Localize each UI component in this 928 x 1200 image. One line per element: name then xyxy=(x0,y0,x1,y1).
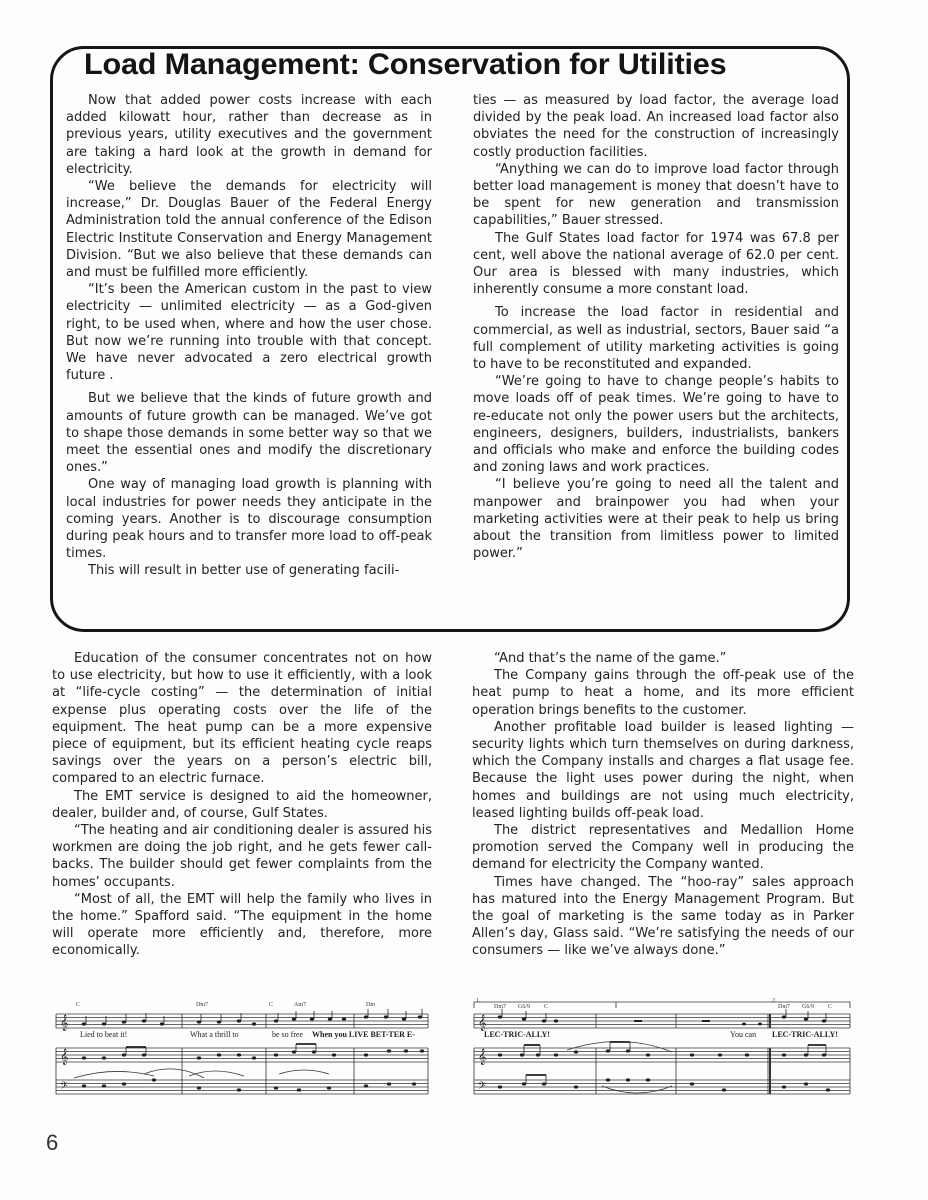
lyric: What a thrill to xyxy=(190,1030,239,1039)
paragraph: “Anything we can do to improve load fact… xyxy=(473,161,839,230)
paragraph: “I believe you’re going to need all the … xyxy=(473,476,839,562)
chord-symbol: C xyxy=(269,1002,273,1008)
paragraph: This will result in better use of genera… xyxy=(66,562,432,579)
svg-text:𝄢: 𝄢 xyxy=(60,1080,68,1094)
paragraph: “We believe the demands for electricity … xyxy=(66,178,432,281)
paragraph: “It’s been the American custom in the pa… xyxy=(66,281,432,384)
paragraph: Times have changed. The “hoo-ray” sales … xyxy=(472,874,854,960)
svg-text:𝄢: 𝄢 xyxy=(478,1080,486,1094)
chord-symbol: Am7 xyxy=(294,1002,306,1008)
paragraph: Education of the consumer concentrates n… xyxy=(52,650,432,788)
chord-symbol: C xyxy=(76,1002,80,1008)
ending-marker: 2. xyxy=(772,998,777,1004)
paragraph: The Company gains through the off-peak u… xyxy=(472,667,854,719)
paragraph: The Gulf States load factor for 1974 was… xyxy=(473,230,839,299)
paragraph: “Most of all, the EMT will help the fami… xyxy=(52,891,432,960)
sidebar-title: Load Management: Conservation for Utilit… xyxy=(84,48,859,82)
chord-symbol: Dm7 xyxy=(778,1004,790,1010)
chord-symbol: Dm7 xyxy=(494,1004,506,1010)
svg-text:𝄞: 𝄞 xyxy=(478,1049,486,1065)
chord-symbol: C xyxy=(544,1004,548,1010)
ending-marker: 1. xyxy=(476,998,481,1004)
lyric: You can xyxy=(730,1030,756,1039)
paragraph: ties — as measured by load factor, the a… xyxy=(473,92,839,161)
chord-symbol: Dm7 xyxy=(196,1002,208,1008)
music-staff-icon: 𝄞 𝄞 𝄢 xyxy=(472,1000,852,1100)
lyric: When you LIVE BET-TER E- xyxy=(312,1030,415,1039)
svg-text:𝄞: 𝄞 xyxy=(60,1015,68,1031)
music-staff-icon: 𝄞 𝄞 𝄢 xyxy=(54,1000,430,1100)
paragraph: To increase the load factor in residenti… xyxy=(473,304,839,373)
paragraph: “We’re going to have to change people’s … xyxy=(473,373,839,476)
paragraph: The EMT service is designed to aid the h… xyxy=(52,788,432,822)
chord-symbol: G6/9 xyxy=(518,1004,530,1010)
page-number: 6 xyxy=(46,1130,58,1156)
sheet-music-left: 𝄞 𝄞 𝄢 xyxy=(54,1000,430,1100)
paragraph: Another profitable load builder is lease… xyxy=(472,719,854,822)
lyric: LEC-TRIC-ALLY! xyxy=(772,1030,838,1039)
svg-text:𝄞: 𝄞 xyxy=(478,1015,486,1031)
sidebar-right-column: ties — as measured by load factor, the a… xyxy=(473,92,839,562)
paragraph: “The heating and air conditioning dealer… xyxy=(52,822,432,891)
chord-symbol: C xyxy=(828,1004,832,1010)
sheet-music-right: 𝄞 𝄞 𝄢 xyxy=(472,1000,852,1100)
paragraph: But we believe that the kinds of future … xyxy=(66,390,432,476)
lyric: LEC-TRIC-ALLY! xyxy=(484,1030,550,1039)
paragraph: “And that’s the name of the game.” xyxy=(472,650,854,667)
chord-symbol: Dm xyxy=(366,1002,375,1008)
paragraph: The district representatives and Medalli… xyxy=(472,822,854,874)
lyric: be so free xyxy=(272,1030,303,1039)
paragraph: Now that added power costs increase with… xyxy=(66,92,432,178)
chord-symbol: G6/9 xyxy=(802,1004,814,1010)
lyric: Lied to beat it! xyxy=(80,1030,127,1039)
article-right-column: “And that’s the name of the game.” The C… xyxy=(472,650,854,960)
sidebar-left-column: Now that added power costs increase with… xyxy=(66,92,432,580)
svg-text:𝄞: 𝄞 xyxy=(60,1049,68,1065)
paragraph: One way of managing load growth is plann… xyxy=(66,476,432,562)
magazine-page: Load Management: Conservation for Utilit… xyxy=(0,0,928,1200)
article-left-column: Education of the consumer concentrates n… xyxy=(52,650,432,960)
